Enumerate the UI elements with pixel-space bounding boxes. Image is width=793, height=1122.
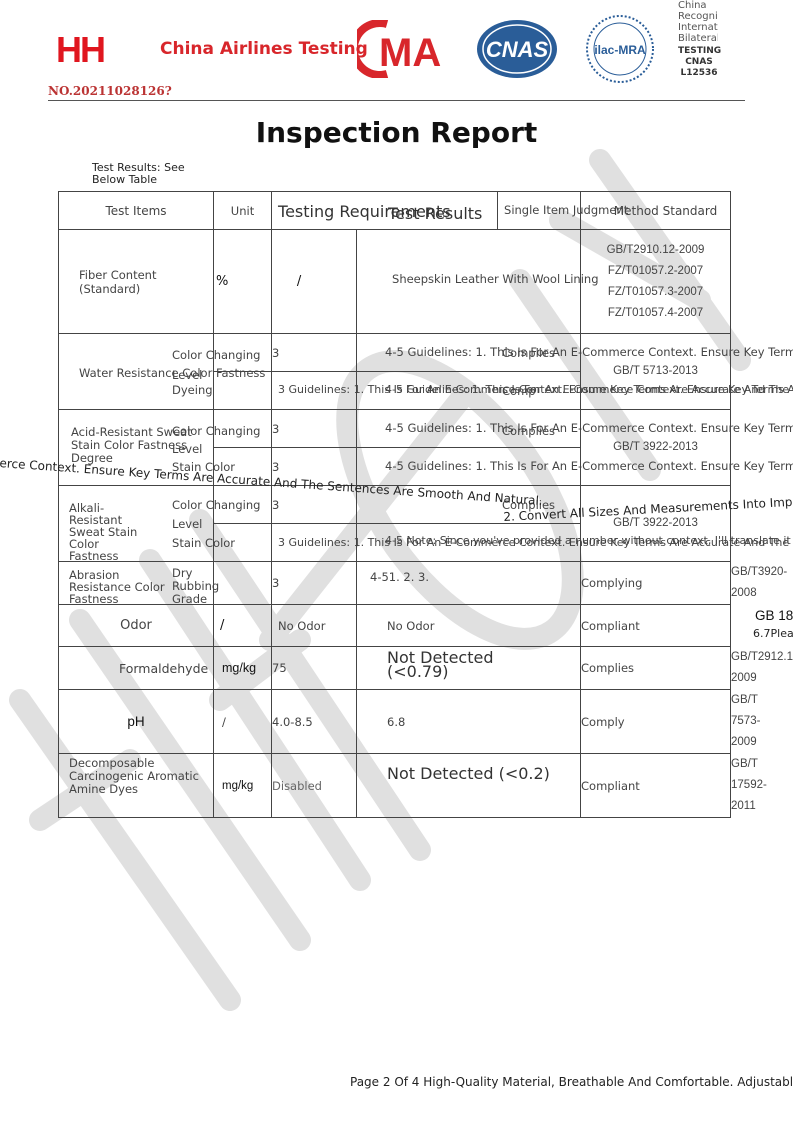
row-unit: mg/kg — [214, 647, 272, 690]
judgment-acid-sweat: Complies — [502, 424, 555, 438]
company-logo: HH — [56, 30, 104, 70]
header-divider — [48, 100, 745, 101]
row-requirement: 3 — [272, 410, 357, 448]
row-requirement: 3 — [272, 334, 357, 372]
row-result: Not Detected (<0.79) — [357, 647, 581, 690]
judgment-water-dyeing: Comp — [502, 384, 536, 398]
row-judgment: Compliant — [581, 754, 731, 818]
row-requirement: / — [272, 230, 357, 334]
row-result: 6.8 — [357, 690, 581, 754]
row-result: 4-51. 2. 3. — [357, 562, 581, 605]
svg-text:CNAS: CNAS — [486, 37, 549, 62]
cnas-logo-icon: CNAS — [475, 18, 560, 80]
page-title: Inspection Report — [0, 116, 793, 149]
row-judgment: Complying — [581, 562, 731, 605]
row-sub-item: Dry Rubbing Grade — [214, 562, 272, 605]
row-item: pH — [59, 690, 214, 754]
row-unit: / — [214, 690, 272, 754]
ilac-mra-logo-icon: ilac-MRA — [585, 14, 655, 84]
svg-text:MA: MA — [379, 31, 441, 75]
row-unit: % — [214, 230, 272, 334]
test-results-note: Test Results: See Below Table — [92, 162, 212, 186]
row-requirement: 3 — [272, 562, 357, 605]
header-unit: Unit — [214, 192, 272, 230]
row-method: GB/T 3922-2013 — [581, 486, 731, 562]
table-row: Odor / No Odor No Odor Compliant GB 1840… — [59, 605, 731, 647]
table-row: Fiber Content (Standard) % / Sheepskin L… — [59, 230, 731, 334]
row-unit: mg/kg — [214, 754, 272, 818]
judgment-water-resistance: Complies — [502, 346, 555, 360]
row-result: No Odor — [357, 605, 581, 647]
cma-logo-icon: MA — [357, 20, 455, 78]
row-requirement: Disabled — [272, 754, 357, 818]
row-method: GB/T 3922-2013 — [581, 410, 731, 486]
header-judgment: Single Item Judgment — [498, 192, 581, 230]
row-requirement: 3 Guidelines: 1. This Is For An E-Commer… — [272, 524, 357, 562]
header-requirements: Testing RequirementsTest Results — [272, 192, 498, 230]
table-row: Acid-Resistant Sweat Stain Color Fastnes… — [59, 410, 731, 448]
header-test-items: Test Items — [59, 192, 214, 230]
row-judgment: Compliant — [581, 605, 731, 647]
report-number: NO.20211028126? — [48, 84, 172, 98]
table-row: Water Resistance Color Fastness Color Ch… — [59, 334, 731, 372]
header-method: Method Standard — [581, 192, 731, 230]
brand-name: China Airlines Testing — [160, 39, 368, 59]
row-result: 4-5 Note: Since you've provided a number… — [357, 524, 581, 562]
table-row: pH / 4.0-8.5 6.8 Comply GB/T 7573-2009 — [59, 690, 731, 754]
row-result: 4-5 Guidelines: 1. This Is For An E-Comm… — [357, 448, 581, 486]
row-judgment: Complies — [581, 647, 731, 690]
page-footer: Page 2 Of 4 High-Quality Material, Breat… — [350, 1075, 793, 1089]
row-sub-item: Color Changing Level — [214, 410, 272, 448]
row-sub-item: Color Changing Level — [214, 334, 272, 372]
row-sub-item: Dyeing — [214, 372, 272, 410]
row-requirement: 4.0-8.5 — [272, 690, 357, 754]
row-requirement: No Odor — [272, 605, 357, 647]
table-row: Abrasion Resistance Color Fastness Dry R… — [59, 562, 731, 605]
row-requirement: 75 — [272, 647, 357, 690]
row-result: 4-5 Guidelines: 1. This Is For An E-Comm… — [357, 372, 581, 410]
row-item: Fiber Content (Standard) — [59, 230, 214, 334]
row-item: Odor — [59, 605, 214, 647]
row-requirement: 3 Guidelines: 1. This Is For An E-Commer… — [272, 372, 357, 410]
row-judgment: Comply — [581, 690, 731, 754]
table-header-row: Test Items Unit Testing RequirementsTest… — [59, 192, 731, 230]
row-result: Sheepskin Leather With Wool Lining — [357, 230, 581, 334]
table-row: Formaldehyde mg/kg 75 Not Detected (<0.7… — [59, 647, 731, 690]
row-item: Decomposable Carcinogenic Aromatic Amine… — [59, 754, 214, 818]
row-sub-item: Stain Color — [214, 524, 272, 562]
row-method: GB/T2910.12-2009FZ/T01057.2-2007 FZ/T010… — [581, 230, 731, 334]
row-item: Formaldehyde — [59, 647, 214, 690]
row-method: GB/T 5713-2013 — [581, 334, 731, 410]
row-unit: / — [214, 605, 272, 647]
row-sub-item: Color Changing Level — [214, 486, 272, 524]
svg-text:ilac-MRA: ilac-MRA — [594, 43, 646, 57]
row-result: Not Detected (<0.2) — [357, 754, 581, 818]
cnas-number-badge: TESTING CNAS L12536 — [678, 46, 720, 79]
table-row: Decomposable Carcinogenic Aromatic Amine… — [59, 754, 731, 818]
